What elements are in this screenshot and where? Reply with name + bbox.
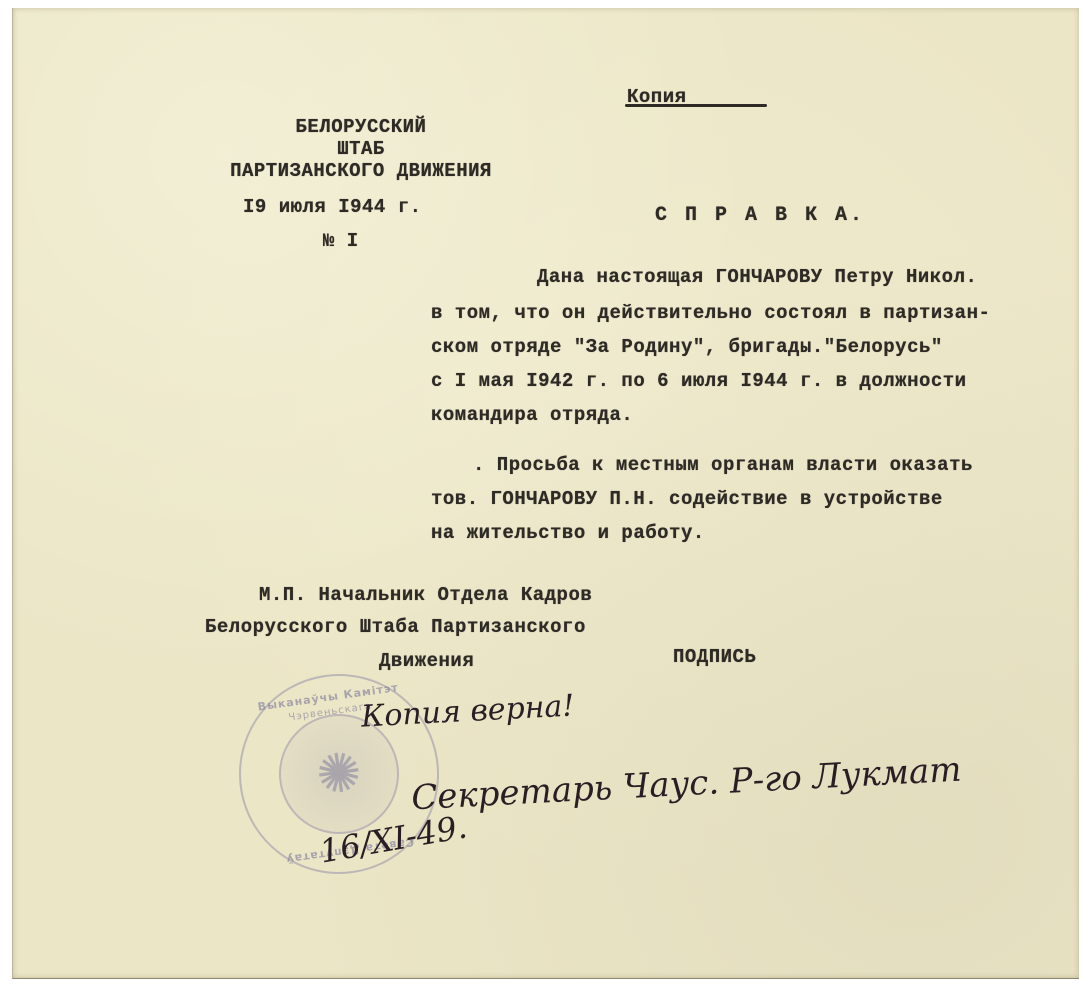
org-name-line3: ПАРТИЗАНСКОГО ДВИЖЕНИЯ: [211, 160, 511, 182]
body-line: ском отряде "За Родину", бригады."Белору…: [431, 336, 943, 358]
body-line: с I мая I942 г. по 6 июля I944 г. в долж…: [431, 370, 967, 392]
signature-title-line1: М.П. Начальник Отдела Кадров: [259, 584, 592, 606]
coat-of-arms-icon: ✺: [294, 729, 384, 819]
signature-title-line3: Движения: [379, 650, 474, 672]
org-name-line2: ШТАБ: [211, 138, 511, 160]
body-line: Дана настоящая ГОНЧАРОВУ Петру Никол.: [537, 266, 977, 288]
org-name-line1: БЕЛОРУССКИЙ: [211, 116, 511, 138]
body-line: командира отряда.: [431, 404, 633, 426]
body-line: в том, что он действительно состоял в па…: [431, 302, 990, 324]
signature-title-line2: Белорусского Штаба Партизанского: [205, 616, 586, 638]
signature-label: ПОДПИСЬ: [673, 646, 756, 668]
document-date: I9 июля I944 г.: [243, 196, 422, 218]
body-line: тов. ГОНЧАРОВУ П.Н. содействие в устройс…: [431, 488, 943, 510]
document-paper: Копия БЕЛОРУССКИЙ ШТАБ ПАРТИЗАНСКОГО ДВИ…: [12, 8, 1079, 979]
document-number: № I: [323, 230, 359, 252]
body-line: . Просьба к местным органам власти оказа…: [473, 454, 973, 476]
handwritten-signer: Секретарь Чаус. Р-го Лукмат: [410, 750, 962, 819]
copy-mark-underline: [625, 104, 767, 107]
body-line: на жительство и работу.: [431, 522, 705, 544]
document-title: С П Р А В К А.: [655, 204, 865, 227]
